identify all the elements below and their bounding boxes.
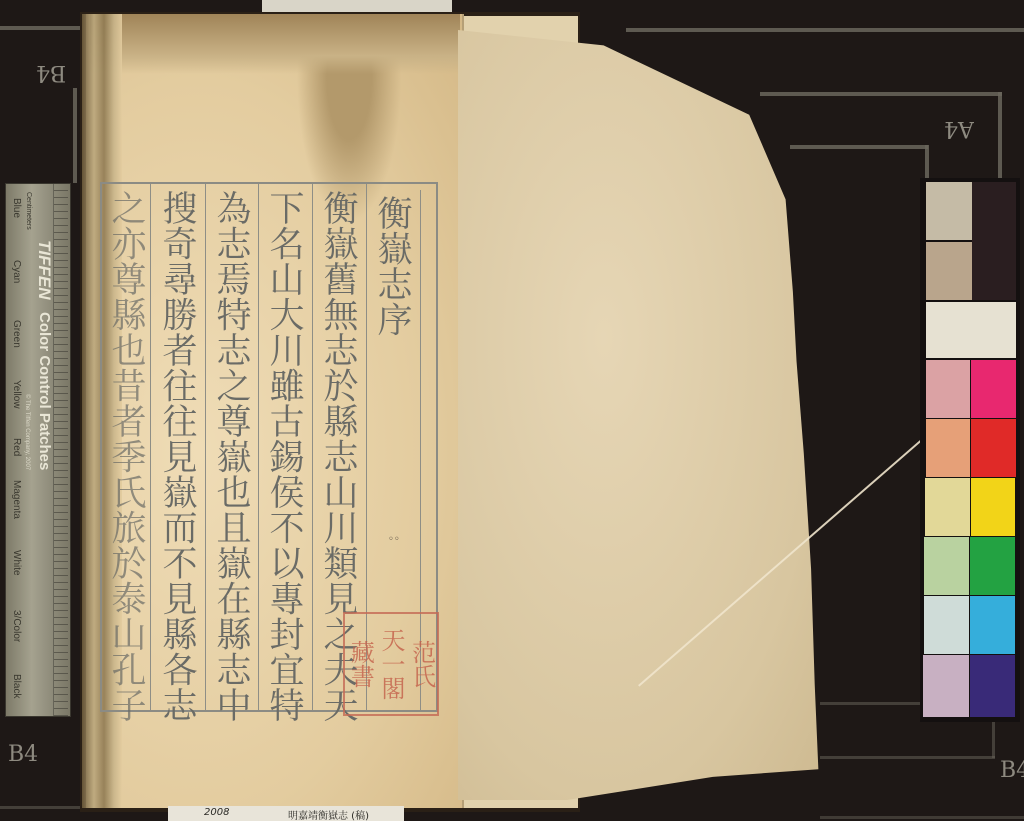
patch-green-light — [924, 537, 969, 595]
grid-label-b4-top: B4 — [36, 60, 66, 85]
mat-line-left-vertical — [73, 88, 77, 183]
patch-label-blue: Blue — [11, 198, 22, 218]
mat-line-inner-right-vertical — [925, 145, 929, 181]
patch-pink-light — [926, 360, 970, 418]
collector-seal: 范氏 天一閣 藏書 — [343, 612, 439, 716]
patch-yellow-light — [925, 478, 970, 536]
tiffen-color-control-strip: TIFFEN Color Control Patches © The Tiffe… — [5, 183, 71, 717]
grid-label-b4-bottom-left: B4 — [8, 742, 38, 767]
color-reference-chart — [920, 178, 1020, 722]
grid-label-b4-bottom-right: B4 — [1000, 758, 1024, 783]
column-rule — [312, 184, 313, 710]
patch-lavender — [923, 655, 969, 717]
tiffen-copyright: © The Tiffen Company, 2007 — [24, 394, 30, 470]
mat-line-top-right — [626, 28, 1024, 32]
text-column-5: 之亦尊縣也昔者季氏旅於泰山孔子 — [104, 190, 148, 723]
mat-line-top-left — [0, 26, 84, 30]
tag-note: 明嘉靖衡嶽志 (稿) — [288, 807, 369, 821]
text-column-4: 搜奇尋勝者往往見嶽而不見縣各志 — [155, 190, 199, 723]
patch-label-yellow: Yellow — [11, 380, 22, 409]
tiffen-title: Color Control Patches — [36, 312, 53, 470]
patch-tan — [926, 242, 972, 300]
patch-label-magenta: Magenta — [11, 480, 22, 519]
patch-gray-light — [926, 182, 972, 240]
patch-green — [970, 537, 1015, 595]
patch-black-top — [972, 182, 1016, 300]
patch-cyan-light — [924, 596, 969, 654]
text-column-title: 衡嶽志序 — [370, 195, 414, 337]
tiffen-brand: TIFFEN — [34, 240, 54, 300]
column-rule — [258, 184, 259, 710]
top-label-tag — [262, 0, 452, 12]
seal-text-2: 天一閣 — [377, 628, 405, 700]
patch-label-cyan: Cyan — [11, 260, 22, 283]
column-rule — [150, 184, 151, 710]
mat-line-mid-right — [760, 92, 1002, 96]
top-water-stain — [90, 14, 460, 74]
mat-line-inner-right — [790, 145, 928, 149]
patch-label-black: Black — [11, 674, 22, 698]
grid-label-a4: A4 — [944, 116, 974, 141]
patch-white — [926, 302, 1016, 358]
mat-line-bottom-right-edge — [820, 816, 1024, 819]
patch-label-white: White — [11, 550, 22, 576]
centimeters-label: Centimeters — [25, 192, 32, 230]
patch-magenta — [971, 360, 1016, 418]
patch-red — [971, 419, 1016, 477]
column-rule — [205, 184, 206, 710]
mat-line-bottom-right-vertical — [992, 720, 995, 758]
tag-year: 2008 — [204, 807, 229, 818]
patch-yellow — [971, 478, 1015, 536]
mat-line-bottom-right-1 — [820, 702, 920, 705]
patch-label-red: Red — [11, 438, 22, 456]
mat-line-bottom-right-2 — [820, 756, 995, 759]
patch-label-green: Green — [11, 320, 22, 348]
text-column-2: 下名山大川雖古錫侯不以專封宜特 — [262, 190, 306, 723]
mat-line-mid-right-vertical — [998, 92, 1002, 182]
seal-text-1: 范氏 — [408, 640, 436, 688]
patch-orange-light — [926, 419, 970, 477]
seal-text-3: 藏書 — [346, 640, 374, 688]
patch-cyan — [970, 596, 1015, 654]
bottom-catalog-tag: 2008 明嘉靖衡嶽志 (稿) — [168, 806, 404, 821]
margin-annotation: ◦◦ — [388, 534, 400, 545]
patch-indigo — [970, 655, 1015, 717]
text-column-3: 為志焉特志之尊嶽也且嶽在縣志中 — [209, 190, 253, 723]
patch-label-3color: 3/Color — [11, 610, 22, 642]
